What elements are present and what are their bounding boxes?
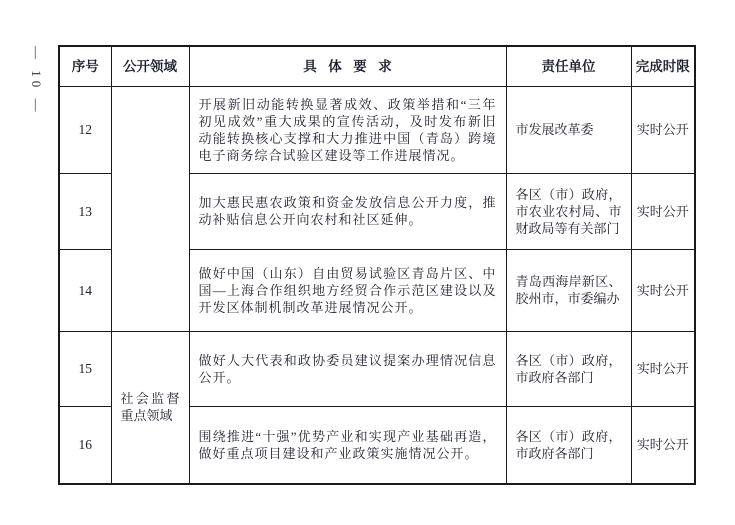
row-index: 12 [59, 86, 111, 173]
header-unit: 责任单位 [506, 46, 631, 86]
deadline-cell: 实时公开 [631, 86, 695, 173]
requirement-cell: 做好中国（山东）自由贸易试验区青岛片区、中国—上海合作组织地方经贸合作示范区建设… [189, 249, 506, 331]
requirement-cell: 加大惠民惠农政策和资金发放信息公开力度，推动补贴信息公开向农村和社区延伸。 [189, 173, 506, 249]
table-row: 12 开展新旧动能转换显著成效、政策举措和“三年初见成效”重大成果的宣传活动，及… [59, 86, 695, 173]
deadline-cell: 实时公开 [631, 406, 695, 484]
row-index: 16 [59, 406, 111, 484]
deadline-cell: 实时公开 [631, 249, 695, 331]
header-requirement: 具体要求 [189, 46, 506, 86]
table-header-row: 序号 公开领域 具体要求 责任单位 完成时限 [59, 46, 695, 86]
area-cell-continued [111, 86, 189, 331]
deadline-cell: 实时公开 [631, 173, 695, 249]
header-deadline: 完成时限 [631, 46, 695, 86]
requirement-cell: 围绕推进“十强”优势产业和实现产业基础再造，做好重点项目建设和产业政策实施情况公… [189, 406, 506, 484]
row-index: 13 [59, 173, 111, 249]
table-row: 15 社会监督重点领域 做好人大代表和政协委员建议提案办理情况信息公开。 各区（… [59, 331, 695, 406]
row-index: 14 [59, 249, 111, 331]
row-index: 15 [59, 331, 111, 406]
unit-cell: 市发展改革委 [506, 86, 631, 173]
document-page: — 10 — 序号 公开领域 具体要求 责任单位 完成时限 12 开展新旧动能转… [0, 0, 735, 525]
header-index: 序号 [59, 46, 111, 86]
requirements-table: 序号 公开领域 具体要求 责任单位 完成时限 12 开展新旧动能转换显著成效、政… [58, 45, 696, 485]
area-cell-social-supervision: 社会监督重点领域 [111, 331, 189, 484]
unit-cell: 各区（市）政府，市农业农村局、市财政局等有关部门 [506, 173, 631, 249]
requirement-cell: 做好人大代表和政协委员建议提案办理情况信息公开。 [189, 331, 506, 406]
unit-cell: 各区（市）政府，市政府各部门 [506, 406, 631, 484]
deadline-cell: 实时公开 [631, 331, 695, 406]
requirement-cell: 开展新旧动能转换显著成效、政策举措和“三年初见成效”重大成果的宣传活动，及时发布… [189, 86, 506, 173]
page-number: — 10 — [28, 46, 44, 116]
unit-cell: 各区（市）政府，市政府各部门 [506, 331, 631, 406]
header-area: 公开领域 [111, 46, 189, 86]
unit-cell: 青岛西海岸新区、胶州市，市委编办 [506, 249, 631, 331]
